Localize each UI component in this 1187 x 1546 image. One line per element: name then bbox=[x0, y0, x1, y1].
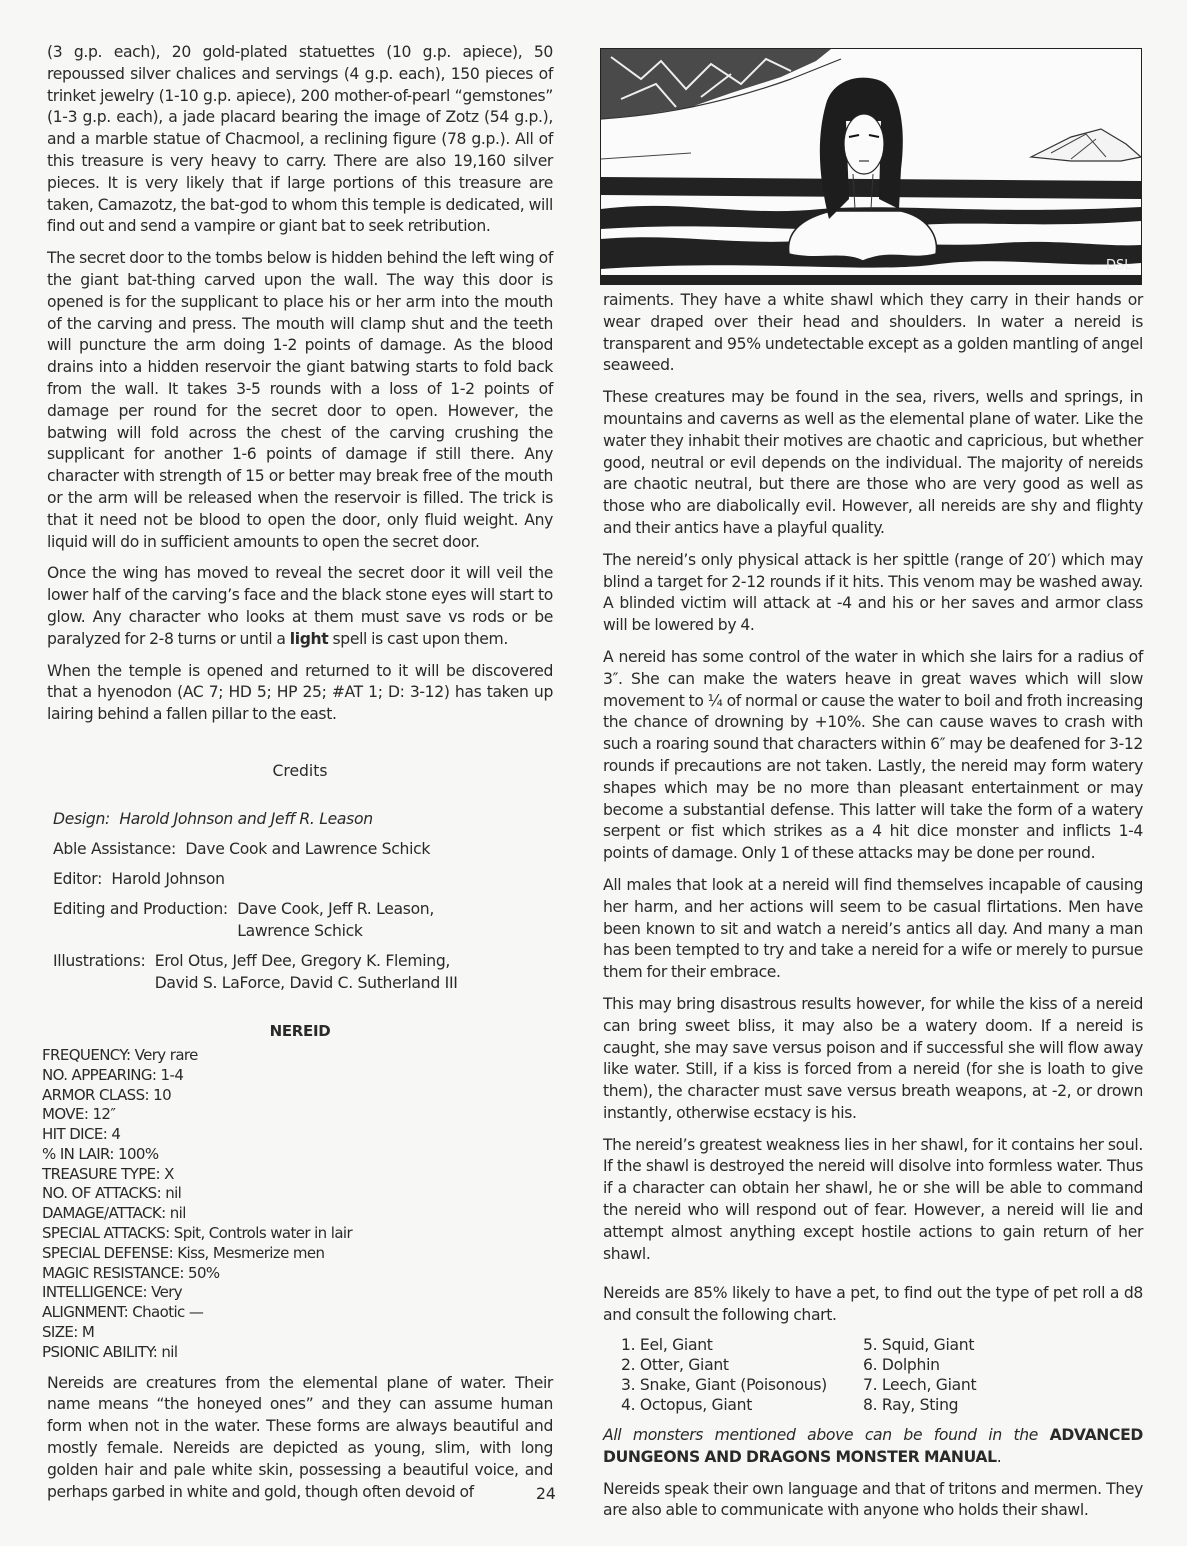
credit-label: Able Assistance: bbox=[53, 838, 185, 860]
monster-manual-note: All monsters mentioned above can be foun… bbox=[603, 1425, 1143, 1469]
light-spell-term: light bbox=[290, 630, 329, 648]
water-control-paragraph: A nereid has some control of the water i… bbox=[603, 647, 1143, 865]
credit-name-line: Dave Cook and Lawrence Schick bbox=[185, 838, 430, 860]
wing-paragraph: Once the wing has moved to reveal the se… bbox=[47, 563, 553, 650]
credit-names: Harold Johnson bbox=[111, 868, 224, 890]
stat-line: % IN LAIR: 100% bbox=[42, 1145, 553, 1165]
stat-line: MAGIC RESISTANCE: 50% bbox=[42, 1264, 553, 1284]
credit-entry: Illustrations: Erol Otus, Jeff Dee, Greg… bbox=[53, 950, 553, 994]
pet-entry: 6. Dolphin bbox=[863, 1355, 1063, 1375]
pet-entry: 7. Leech, Giant bbox=[863, 1375, 1063, 1395]
credit-label: Editing and Production: bbox=[53, 898, 237, 942]
males-paragraph: All males that look at a nereid will fin… bbox=[603, 875, 1143, 984]
credits-list: Design: Harold Johnson and Jeff R. Leaso… bbox=[47, 808, 553, 994]
spittle-paragraph: The nereid’s only physical attack is her… bbox=[603, 550, 1143, 637]
credit-name-line: Harold Johnson bbox=[111, 868, 224, 890]
nereid-illustration: DSL bbox=[600, 48, 1142, 285]
pet-entry: 4. Octopus, Giant bbox=[621, 1395, 863, 1415]
raiments-paragraph: raiments. They have a white shawl which … bbox=[603, 290, 1143, 377]
credit-name-line: Harold Johnson and Jeff R. Leason bbox=[119, 808, 373, 830]
secret-door-paragraph: The secret door to the tombs below is hi… bbox=[47, 248, 553, 553]
monster-heading: NEREID bbox=[47, 1022, 553, 1040]
stat-line: PSIONIC ABILITY: nil bbox=[42, 1343, 553, 1363]
stat-line: NO. OF ATTACKS: nil bbox=[42, 1184, 553, 1204]
stat-line: MOVE: 12″ bbox=[42, 1105, 553, 1125]
artist-signature: DSL bbox=[1106, 258, 1132, 273]
pet-entry: 2. Otter, Giant bbox=[621, 1355, 863, 1375]
credit-names: Erol Otus, Jeff Dee, Gregory K. Fleming,… bbox=[155, 950, 458, 994]
kiss-paragraph: This may bring disastrous results howeve… bbox=[603, 994, 1143, 1125]
credit-name-line: Erol Otus, Jeff Dee, Gregory K. Fleming, bbox=[155, 950, 458, 972]
left-column: (3 g.p. each), 20 gold-plated statuettes… bbox=[47, 42, 553, 1513]
pet-intro-paragraph: Nereids are 85% likely to have a pet, to… bbox=[603, 1283, 1143, 1327]
stat-line: SIZE: M bbox=[42, 1323, 553, 1343]
stat-line: SPECIAL DEFENSE: Kiss, Mesmerize men bbox=[42, 1244, 553, 1264]
stat-block: FREQUENCY: Very rareNO. APPEARING: 1-4AR… bbox=[42, 1046, 553, 1363]
shawl-weakness-paragraph: The nereid’s greatest weakness lies in h… bbox=[603, 1135, 1143, 1266]
treasure-paragraph: (3 g.p. each), 20 gold-plated statuettes… bbox=[47, 42, 553, 238]
credit-names: Harold Johnson and Jeff R. Leason bbox=[119, 808, 373, 830]
credit-names: Dave Cook, Jeff R. Leason,Lawrence Schic… bbox=[237, 898, 434, 942]
pet-entry: 5. Squid, Giant bbox=[863, 1335, 1063, 1355]
pet-entry: 1. Eel, Giant bbox=[621, 1335, 863, 1355]
habitat-paragraph: These creatures may be found in the sea,… bbox=[603, 387, 1143, 540]
right-column: raiments. They have a white shawl which … bbox=[603, 290, 1143, 1532]
credit-entry: Editor: Harold Johnson bbox=[53, 868, 553, 890]
pet-entry: 3. Snake, Giant (Poisonous) bbox=[621, 1375, 863, 1395]
stat-line: ARMOR CLASS: 10 bbox=[42, 1086, 553, 1106]
credit-names: Dave Cook and Lawrence Schick bbox=[185, 838, 430, 860]
credit-label: Editor: bbox=[53, 868, 111, 890]
stat-line: INTELLIGENCE: Very bbox=[42, 1283, 553, 1303]
stat-line: FREQUENCY: Very rare bbox=[42, 1046, 553, 1066]
credit-name-line: Dave Cook, Jeff R. Leason, bbox=[237, 898, 434, 920]
credit-name-line: Lawrence Schick bbox=[237, 920, 434, 942]
stat-line: TREASURE TYPE: X bbox=[42, 1165, 553, 1185]
credit-entry: Editing and Production: Dave Cook, Jeff … bbox=[53, 898, 553, 942]
pet-entry: 8. Ray, Sting bbox=[863, 1395, 1063, 1415]
pet-table: 1. Eel, Giant5. Squid, Giant2. Otter, Gi… bbox=[621, 1335, 1143, 1415]
stat-line: HIT DICE: 4 bbox=[42, 1125, 553, 1145]
credit-label: Illustrations: bbox=[53, 950, 155, 994]
credit-entry: Design: Harold Johnson and Jeff R. Leaso… bbox=[53, 808, 553, 830]
stat-line: ALIGNMENT: Chaotic — bbox=[42, 1303, 553, 1323]
hyenodon-paragraph: When the temple is opened and returned t… bbox=[47, 661, 553, 726]
nereid-description-paragraph: Nereids are creatures from the elemental… bbox=[47, 1373, 553, 1504]
credit-name-line: David S. LaForce, David C. Sutherland II… bbox=[155, 972, 458, 994]
credit-entry: Able Assistance: Dave Cook and Lawrence … bbox=[53, 838, 553, 860]
language-paragraph: Nereids speak their own language and tha… bbox=[603, 1479, 1143, 1523]
credit-label: Design: bbox=[53, 808, 119, 830]
nereid-drawing-icon: DSL bbox=[601, 49, 1141, 284]
stat-line: NO. APPEARING: 1-4 bbox=[42, 1066, 553, 1086]
stat-line: DAMAGE/ATTACK: nil bbox=[42, 1204, 553, 1224]
page-number: 24 bbox=[536, 1485, 556, 1503]
credits-heading: Credits bbox=[47, 762, 553, 780]
stat-line: SPECIAL ATTACKS: Spit, Controls water in… bbox=[42, 1224, 553, 1244]
